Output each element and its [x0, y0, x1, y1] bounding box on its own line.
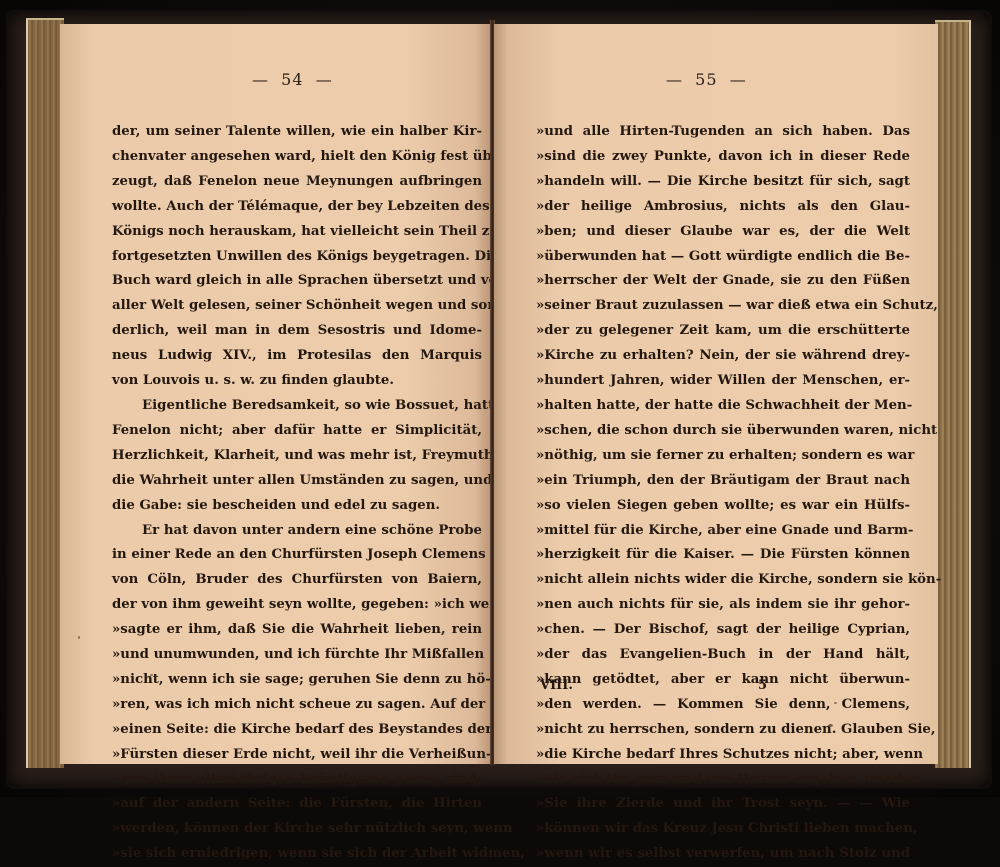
text-line: »die Kirche bedarf Ihres Schutzes nicht;…: [536, 743, 910, 768]
text-line: »und alle Hirten-Tugenden an sich haben.…: [536, 120, 910, 145]
right-page: — 55 — »und alle Hirten-Tugenden an sich…: [494, 24, 938, 764]
text-line: die Gabe: sie bescheiden und edel zu sag…: [112, 494, 482, 519]
text-line: von Cöln, Bruder des Churfürsten von Bai…: [112, 568, 482, 593]
text-line: »mittel für die Kirche, aber eine Gnade …: [536, 519, 910, 544]
text-line: der, um seiner Talente willen, wie ein h…: [112, 120, 482, 145]
page-number-right: — 55 —: [666, 70, 747, 89]
text-line: »Sie ihre Zierde und ihr Trost seyn. — —…: [536, 792, 910, 797]
text-line: »nicht, wenn ich sie sage; geruhen Sie d…: [112, 668, 482, 693]
text-line: »ein Triumph, den der Bräutigam der Brau…: [536, 469, 910, 494]
text-line: »Kirche zu erhalten? Nein, der sie währe…: [536, 344, 910, 369]
signature-mark: VIII.: [540, 678, 573, 693]
text-line: aller Welt gelesen, seiner Schönheit weg…: [112, 294, 482, 319]
text-line: »Fürsten dieser Erde nicht, weil ihr die…: [112, 743, 482, 768]
paper-speck: [78, 636, 80, 639]
text-line: neus Ludwig XIV., im Protesilas den Marq…: [112, 344, 482, 369]
text-line: »sind die zwey Punkte, davon ich in dies…: [536, 145, 910, 170]
text-line: Eigentliche Beredsamkeit, so wie Bossuet…: [112, 394, 482, 419]
text-line: in einer Rede an den Churfürsten Joseph …: [112, 543, 482, 568]
text-line: die Wahrheit unter allen Umständen zu sa…: [112, 469, 482, 494]
text-line: »einen Seite: die Kirche bedarf des Beys…: [112, 718, 482, 743]
text-line: »so vielen Siegen geben wollte; es war e…: [536, 494, 910, 519]
text-line: »der heilige Ambrosius, nichts als den G…: [536, 195, 910, 220]
text-line: »nicht allein nichts wider die Kirche, s…: [536, 568, 910, 593]
text-line: chenvater angesehen ward, hielt den Köni…: [112, 145, 482, 170]
text-line: »nen auch nichts für sie, als indem sie …: [536, 593, 910, 618]
right-page-text: »und alle Hirten-Tugenden an sich haben.…: [536, 120, 910, 797]
paper-speck: [828, 724, 833, 727]
text-line: »den werden. — Kommen Sie denn, Clemens,: [536, 693, 910, 718]
left-page-text: der, um seiner Talente willen, wie ein h…: [112, 120, 482, 797]
text-line: Königs noch herauskam, hat vielleicht se…: [112, 220, 482, 245]
page-edges-right: [935, 20, 971, 768]
text-line: »halten hatte, der hatte die Schwachheit…: [536, 394, 910, 419]
text-line: »Sie sich ihr ganz und von Herzen ergebe…: [536, 768, 910, 793]
text-line: »hundert Jahren, wider Willen der Mensch…: [536, 369, 910, 394]
text-line: der von ihm geweiht seyn wollte, gegeben…: [112, 593, 482, 618]
text-line: »auf der andern Seite: die Fürsten, die …: [112, 792, 482, 797]
page-number-left: — 54 —: [252, 70, 333, 89]
text-line: »ben; und dieser Glaube war es, der die …: [536, 220, 910, 245]
text-line: »der das Evangelien-Buch in der Hand häl…: [536, 643, 910, 668]
left-page: — 54 — der, um seiner Talente willen, wi…: [60, 24, 492, 764]
text-line: »handeln will. — Die Kirche besitzt für …: [536, 170, 910, 195]
text-line: derlich, weil man in dem Sesostris und I…: [112, 319, 482, 344]
sheet-number: 5: [758, 678, 767, 693]
text-line: Fenelon nicht; aber dafür hatte er Simpl…: [112, 419, 482, 444]
text-line: Er hat davon unter andern eine schöne Pr…: [112, 519, 482, 544]
text-line: »chen. — Der Bischof, sagt der heilige C…: [536, 618, 910, 643]
text-line: »nicht zu herrschen, sondern zu dienen. …: [536, 718, 910, 743]
text-line: »gen ihres allmächtigen Bräutigams genug…: [112, 768, 482, 793]
paper-speck: [834, 702, 837, 704]
paper-speck: [150, 674, 153, 676]
text-line: »ren, was ich mich nicht scheue zu sagen…: [112, 693, 482, 718]
page-edges-left: [26, 18, 64, 768]
text-line: »nöthig, um sie ferner zu erhalten; sond…: [536, 444, 910, 469]
text-line: »schen, die schon durch sie überwunden w…: [536, 419, 910, 444]
text-line: zeugt, daß Fenelon neue Meynungen aufbri…: [112, 170, 482, 195]
text-line: »sagte er ihm, daß Sie die Wahrheit lieb…: [112, 618, 482, 643]
text-line: Buch ward gleich in alle Sprachen überse…: [112, 269, 482, 294]
text-line: »herzigkeit für die Kaiser. — Die Fürste…: [536, 543, 910, 568]
text-line: Herzlichkeit, Klarheit, und was mehr ist…: [112, 444, 482, 469]
text-line: »überwunden hat — Gott würdigte endlich …: [536, 245, 910, 270]
text-line: von Louvois u. s. w. zu finden glaubte.: [112, 369, 482, 394]
text-line: wollte. Auch der Télémaque, der bey Lebz…: [112, 195, 482, 220]
text-line: »herrscher der Welt der Gnade, sie zu de…: [536, 269, 910, 294]
text-line: »kann getödtet, aber er kann nicht überw…: [536, 668, 910, 693]
text-line: »und unumwunden, und ich fürchte Ihr Miß…: [112, 643, 482, 668]
text-line: »der zu gelegener Zeit kam, um die ersch…: [536, 319, 910, 344]
text-line: »seiner Braut zuzulassen — war dieß etwa…: [536, 294, 910, 319]
text-line: fortgesetzten Unwillen des Königs beyget…: [112, 245, 482, 270]
